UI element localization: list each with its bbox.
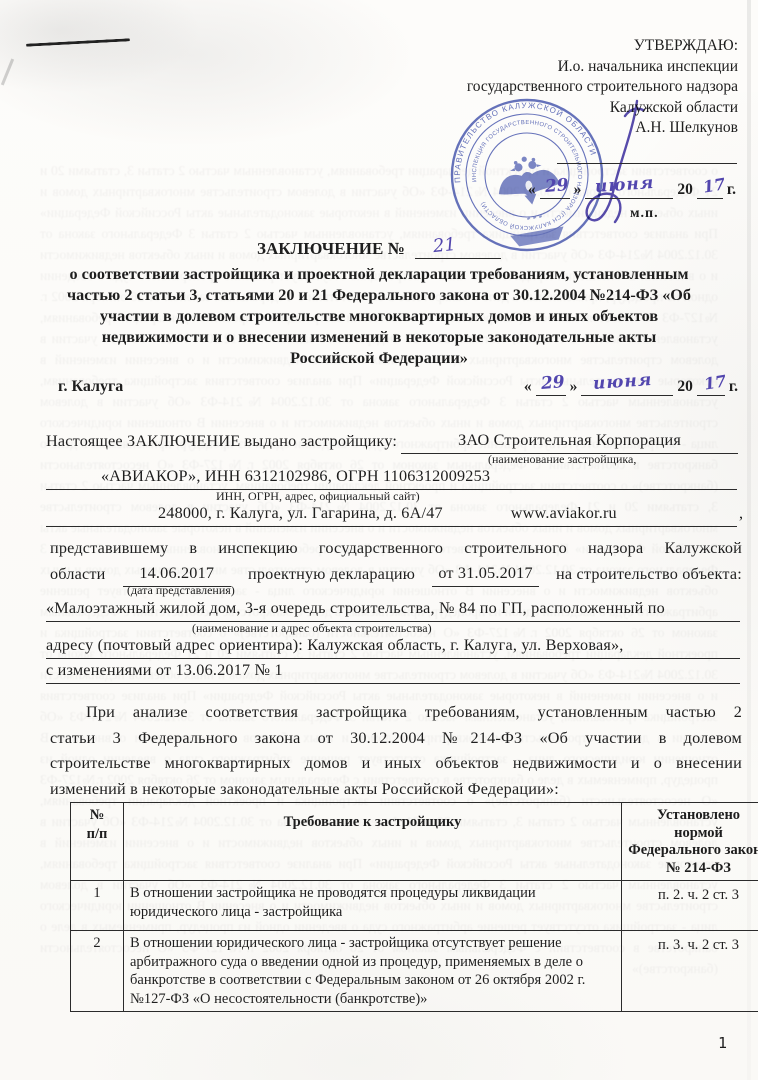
row-num: 1 xyxy=(71,881,124,931)
row-requirement: В отношении юридического лица - застройщ… xyxy=(124,931,622,1012)
month-blank: июня xyxy=(585,181,673,199)
month-blank: июня xyxy=(581,378,673,396)
date-year-handwritten: 17 xyxy=(702,371,727,393)
subtitle-line: о соответствии застройщика и проектной д… xyxy=(29,264,729,285)
row-norm: п. 3. ч. 2 ст. 3 xyxy=(622,931,758,1012)
approval-title: УТВЕРЖДАЮ: xyxy=(318,36,738,57)
subtitle-line: участии в долевом строительстве многоква… xyxy=(29,306,729,327)
document-date: « 29 » июня 20 17 г. xyxy=(522,378,740,396)
year-suffix: г. xyxy=(729,378,738,396)
header-num-sub: п/п xyxy=(77,825,117,844)
requirements-table: № п/п Требование к застройщику Установле… xyxy=(70,802,758,1012)
header-num-symbol: № xyxy=(77,806,117,825)
row-num: 2 xyxy=(71,931,124,1012)
header-norm-line: Установлено xyxy=(628,807,758,825)
day-blank: 29 xyxy=(536,378,566,396)
city-label: г. Калуга xyxy=(58,378,123,396)
submission-phrase-end: на строительство объекта: xyxy=(556,562,742,587)
quote-open: « xyxy=(528,181,536,199)
analysis-line: строительстве многоквартирных домов и ин… xyxy=(50,751,742,777)
day-blank: 29 xyxy=(540,181,570,199)
header-norm-line: № 214-ФЗ xyxy=(628,860,758,878)
seal-placeholder: м.п. xyxy=(630,206,659,222)
approval-line-agency: государственного строительного надзора xyxy=(318,77,738,98)
table-row: 2 В отношении юридического лица - застро… xyxy=(71,931,758,1012)
issued-intro: Настоящее ЗАКЛЮЧЕНИЕ выдано застройщику: xyxy=(46,429,397,454)
analysis-line: статьи 3 Федерального закона от 30.12.20… xyxy=(50,726,742,752)
table-header-requirement: Требование к застройщику xyxy=(124,803,622,881)
document-title-row: ЗАКЛЮЧЕНИЕ № 21 xyxy=(0,239,758,259)
address-line: 248000, г. Калуга, ул. Гагарина, д. 6А/4… xyxy=(46,501,737,527)
date-day-handwritten: 29 xyxy=(540,372,565,394)
submission-line1: представившему в инспекцию государственн… xyxy=(50,536,742,561)
developer-details-line: «АВИАКОР», ИНН 6312102986, ОГРН 11063120… xyxy=(46,464,737,490)
year-blank: 17 xyxy=(697,181,723,199)
submission-word: области xyxy=(50,562,106,587)
quote-close: » xyxy=(570,378,578,396)
year-prefix: 20 xyxy=(677,378,693,396)
date-month-handwritten: июня xyxy=(593,370,654,394)
trailing-comma: , xyxy=(739,501,743,526)
page-number: 1 xyxy=(718,1034,727,1052)
document-title: ЗАКЛЮЧЕНИЕ № xyxy=(257,239,405,258)
document-subtitle: о соответствии застройщика и проектной д… xyxy=(29,264,729,369)
table-header-num: № п/п xyxy=(71,803,124,881)
table-row: 1 В отношении застройщика не проводятся … xyxy=(71,881,758,931)
analysis-line: изменений в некоторые законодательные ак… xyxy=(50,777,742,803)
analysis-line: При анализе соответствия застройщика тре… xyxy=(50,700,742,726)
developer-website: www.aviakor.ru xyxy=(511,501,617,526)
scanned-document-page: о соответствии застройщика и проектной д… xyxy=(0,0,758,1080)
analysis-paragraph: При анализе соответствия застройщика тре… xyxy=(50,700,742,802)
number-blank: 21 xyxy=(415,239,501,259)
subtitle-line: Российской Федерации» xyxy=(29,348,729,369)
header-norm-line: Федерального закона xyxy=(628,842,758,860)
year-blank: 17 xyxy=(697,378,725,396)
row-requirement: В отношении застройщика не проводятся пр… xyxy=(124,881,622,931)
quote-open: « xyxy=(524,378,532,396)
developer-name: ЗАО Строительная Корпорация xyxy=(401,428,738,454)
subtitle-line: частью 2 статьи 3, статьями 20 и 21 Феде… xyxy=(29,285,729,306)
approval-line-position: И.о. начальника инспекции xyxy=(318,57,738,78)
date-year-handwritten: 17 xyxy=(701,174,726,196)
approval-date: « 29 » июня 20 17 г. xyxy=(526,181,738,199)
scan-artifact xyxy=(1,58,14,85)
subtitle-line: недвижимости и о внесении изменений в не… xyxy=(29,327,729,348)
changes-line: с изменениями от 13.06.2017 № 1 xyxy=(46,658,740,684)
issued-row: Настоящее ЗАКЛЮЧЕНИЕ выдано застройщику:… xyxy=(46,428,738,454)
object-line2: адресу (почтовый адрес ориентира): Калуж… xyxy=(46,633,740,659)
object-line1: «Малоэтажный жилой дом, 3-я очередь стро… xyxy=(46,596,740,622)
developer-address: 248000, г. Калуга, ул. Гагарина, д. 6А/4… xyxy=(158,501,443,526)
header-norm-line: нормой xyxy=(628,825,758,843)
quote-close: » xyxy=(574,181,582,199)
year-suffix: г. xyxy=(727,181,736,199)
signature xyxy=(545,96,681,248)
row-norm: п. 2. ч. 2 ст. 3 xyxy=(622,881,758,931)
signature-line xyxy=(557,163,737,164)
table-header-norm: Установлено нормой Федерального закона №… xyxy=(622,803,758,881)
year-prefix: 20 xyxy=(677,181,693,199)
city-date-row: г. Калуга « 29 » июня 20 17 г. xyxy=(58,378,740,396)
declaration-date: от 31.05.2017 xyxy=(432,561,538,587)
pen-mark xyxy=(26,38,130,46)
submission-phrase: проектную декларацию xyxy=(248,562,415,587)
